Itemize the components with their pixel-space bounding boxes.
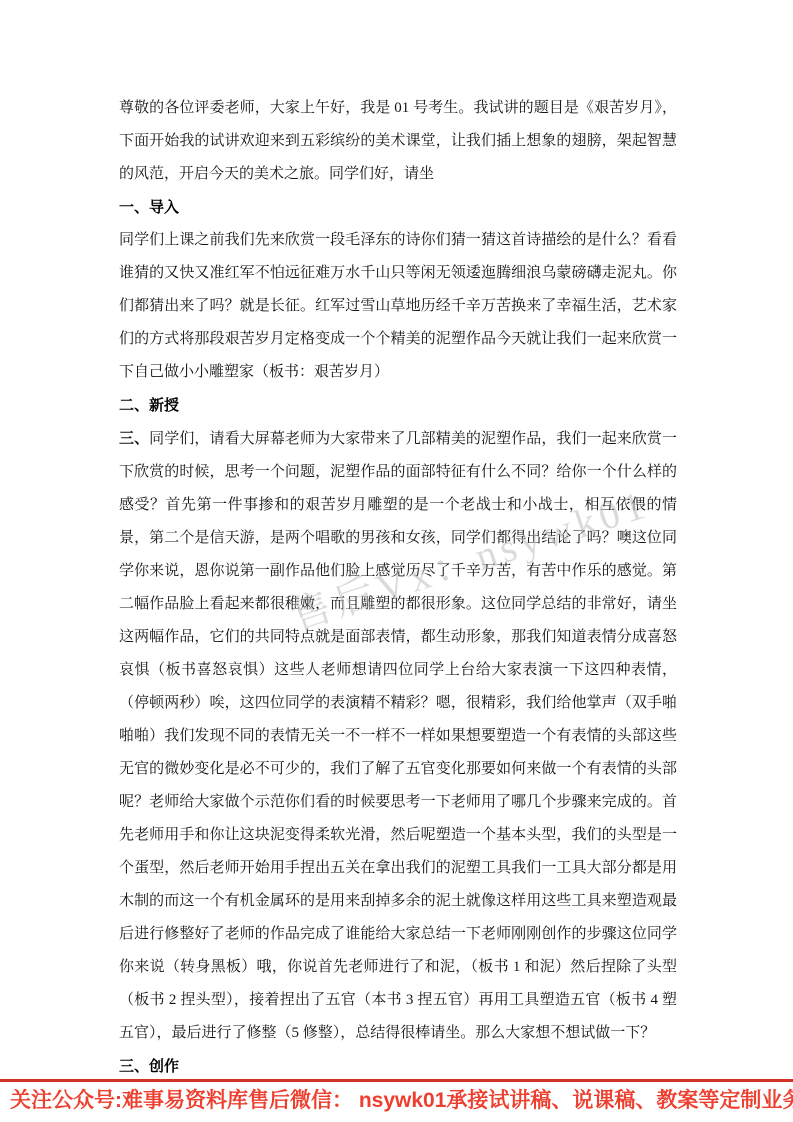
footer-banner: 关注公众号:难事易资料库 售后微信： nsywk01 承接试讲稿、说课稿、教案等… <box>0 1087 793 1115</box>
footer-official-account: 关注公众号:难事易资料库 <box>10 1087 248 1115</box>
opening-paragraph: 尊敬的各位评委老师，大家上午好，我是 01 号考生。我试讲的题目是《艰苦岁月》，… <box>119 92 677 191</box>
teaching-paragraph: 三、同学们，请看大屏幕老师为大家带来了几部精美的泥塑作品，我们一起来欣赏一下欣赏… <box>119 422 677 1050</box>
intro-paragraph: 同学们上课之前我们先来欣赏一段毛泽东的诗你们猜一猜这首诗描绘的是什么？看看谁猜的… <box>119 224 677 389</box>
teaching-paragraph-text: 同学们，请看大屏幕老师为大家带来了几部精美的泥塑作品，我们一起来欣赏一下欣赏的时… <box>119 431 677 1041</box>
document-page: 尊敬的各位评委老师，大家上午好，我是 01 号考生。我试讲的题目是《艰苦岁月》，… <box>0 0 793 1122</box>
section-heading-intro: 一、导入 <box>119 191 677 224</box>
footer-wechat-contact: 售后微信： nsywk01 <box>248 1087 446 1115</box>
footer-divider <box>0 1079 793 1082</box>
section-heading-teaching: 二、新授 <box>119 389 677 422</box>
document-body: 尊敬的各位评委老师，大家上午好，我是 01 号考生。我试讲的题目是《艰苦岁月》，… <box>119 92 677 1083</box>
footer-services: 承接试讲稿、说课稿、教案等定制业务 <box>446 1087 793 1115</box>
teaching-paragraph-prefix: 三、 <box>119 430 149 447</box>
